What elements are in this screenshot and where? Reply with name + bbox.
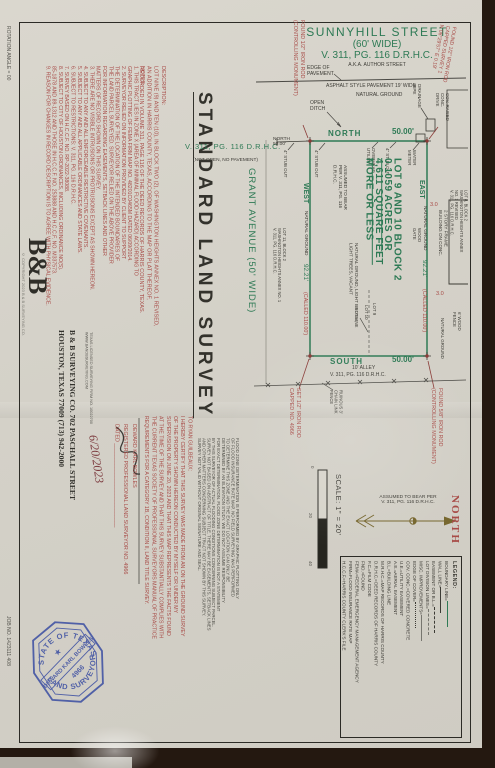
- legend-heading: LEGEND:: [451, 561, 457, 733]
- surveyor-block: DEWARD KARL BOWLES REGISTERED PROFESSION…: [112, 424, 138, 692]
- edge-of-pavement-label: EDGE OF PAVEMENT: [307, 66, 334, 77]
- scan-glare: [220, 330, 480, 550]
- west-line-ground: NATURAL GROUND: [303, 211, 308, 263]
- stub-out-1: 4" STUB OUT: [283, 150, 288, 184]
- legend-entry: EASEMENT OR B.L.=: [430, 561, 436, 733]
- wood-fence-label: 6' WOOD FENCE: [452, 312, 462, 344]
- grant-avenue-status: (NOT OPEN, NO PAVEMENT): [193, 158, 258, 163]
- water-meter-label: WATER METER: [407, 150, 417, 178]
- drainage-pipe-label: DRAINAGE PIPE: [412, 84, 422, 118]
- legend-entry-value: HARRIS COUNTY CLERK'S FILE: [342, 581, 347, 650]
- rotation-angle-note: ROTATION ANGLE = 00: [5, 26, 11, 146]
- legend-entry-label: COV. CONC.: [406, 561, 411, 588]
- legend-entry-label: MISC. IMPROVEMENTS: [418, 561, 423, 612]
- legend-entry: D.R.H.C.=DEED RECORDS OF HARRIS COUNTY: [372, 561, 378, 733]
- legend-entry-label: FND.: [361, 561, 366, 572]
- seal-star-icon: ★: [51, 646, 63, 658]
- firm-address-line2: HOUSTON, TEXAS 77009 (713) 942-2000: [56, 330, 67, 520]
- legend-entry: B.L.=BUILDING LINE: [385, 561, 391, 733]
- legend-entry-value: FOUND: [361, 574, 366, 590]
- sunnyhill-name: SUNNYHILL STREET: [297, 25, 457, 39]
- scan-glare-bottom: [70, 726, 160, 768]
- legend-entry-label: H.C.C.F.: [342, 561, 347, 578]
- legend-entry: WALL LINE=: [436, 561, 442, 733]
- legend-entry: A.E.=AERIAL EASEMENT: [391, 561, 397, 733]
- legend-entry: U.E.=UTILITY EASEMENT: [398, 561, 404, 733]
- north-line-dist: 50.00': [392, 127, 414, 136]
- legend-entry-label: BOUNDARY LINE: [444, 561, 449, 598]
- grant-frontage-dim: NORTH 50.00': [273, 137, 290, 147]
- grant-avenue-record: V. 311, PG. 116 D.R.H.C.: [185, 142, 281, 151]
- legend-entry-label: M.R.H.C.: [380, 561, 385, 580]
- legend-entry-value: BUILDING LINE: [386, 572, 391, 605]
- legend-entry: BOUNDARY LINE=: [443, 561, 449, 733]
- legend-entry: COV. CONC.=COVERED CONCRETE: [404, 561, 410, 733]
- legend-line-sample: [440, 587, 441, 613]
- east-line-ground: NATURAL GROUND: [422, 206, 427, 258]
- legend-entry-value: FILM CODE: [367, 572, 372, 597]
- open-ditch-label: OPEN DITCH: [310, 101, 325, 112]
- firm-address-line1: B & B SURVEYING CO. 702 PASCHALL STREET: [67, 330, 78, 520]
- monument-nw: FOUND 1/2" IRON ROD (CONTROLLING MONUMEN…: [291, 20, 305, 138]
- legend-entry: FEMA=FEDERAL EMERGENCY MANAGEMENT AGENCY: [353, 561, 359, 733]
- wood-gate-label: WOOD GATE: [412, 228, 422, 254]
- west-line-dist: 92.21': [302, 264, 309, 290]
- firm-license: TEXAS LICENSED SURVEYING FIRM NO. 100227…: [84, 332, 93, 462]
- legend-entry-value: AERIAL EASEMENT: [393, 572, 398, 615]
- legend-box: LEGEND: BOUNDARY LINE= WALL LINE= EASEME…: [340, 556, 462, 738]
- lot-area-line2: 0.1059 ACRES OR: [383, 158, 392, 322]
- offset-3-0-a: 3.0: [430, 202, 438, 208]
- building-label: 2 STORY FRAME BUILDING ON CONC.: [438, 210, 448, 290]
- assumed-bearing-west: ASSUMED TO BEAR PER V. 311, PG. 116 D.R.…: [332, 165, 348, 243]
- legend-entry: M.R.H.C.=MAP RECORDS OF HARRIS COUNTY: [379, 561, 385, 733]
- legend-entry: LOT DIVISION LINES=: [423, 561, 429, 733]
- legend-entry-label: A.E.: [393, 561, 398, 570]
- legend-entry-label: D.R.H.C.: [374, 561, 379, 579]
- legend-entry: MISC. IMPROVEMENTS=: [417, 561, 423, 733]
- firm-logo: B&B: [22, 238, 52, 300]
- legend-entry-label: B.L.: [386, 561, 391, 569]
- open-ditch-arrow: [327, 112, 341, 127]
- neighbor-lot11-label: LOT 11, BLOCK 2 WASHINGTON HEIGHTS ANNEX…: [272, 228, 286, 316]
- legend-entry: FND.=FOUND: [359, 561, 365, 733]
- legend-entry: H.C.C.F.=HARRIS COUNTY CLERK'S FILE: [340, 561, 346, 733]
- east-line-called: (CALLED 110.00'): [421, 289, 427, 351]
- natural-ground-top: NATURAL GROUND: [356, 92, 402, 98]
- stub-out-2: 4" STUB OUT: [314, 150, 319, 184]
- grant-avenue-name: GRANT AVENUE (50' WIDE): [246, 168, 257, 378]
- legend-entries: BOUNDARY LINE= WALL LINE= EASEMENT OR B.…: [340, 561, 449, 733]
- lot-area-line1: LOT 9 AND 10 BLOCK 2: [392, 158, 401, 322]
- east-line-dist: 92.21': [421, 260, 428, 286]
- legend-line-sample: [428, 609, 429, 635]
- certification-text: TO RYAN GUILBEAUX: I HEREBY CERTIFY THAT…: [142, 416, 192, 708]
- legend-entry: EDGE OF COVER=: [411, 561, 417, 733]
- lot9-label: LOT 9: [372, 303, 377, 327]
- legend-entry-label: FEMA: [354, 561, 359, 574]
- legend-entry-label: LOT DIVISION LINES: [425, 561, 430, 606]
- conc-drive-outline: [447, 90, 468, 148]
- legend-entry-value: FLOOD INSURANCE RATE MAP: [348, 575, 353, 644]
- scale-tick-40: 40: [308, 561, 313, 573]
- legend-entry-value: COVERED CONCRETE: [406, 591, 411, 641]
- lot-area-line4: MORE OR LESS: [364, 158, 373, 322]
- lot-area-line3: 4,611 SQUARE FEET: [373, 158, 382, 322]
- legend-entry-label: EDGE OF COVER: [412, 561, 417, 599]
- survey-notes: NOTES: 1. THIS TRACT LIES IN ZONE X (ARE…: [44, 66, 145, 322]
- legend-entry-label: U.E.: [399, 561, 404, 570]
- legend-entry-label: WALL LINE: [438, 561, 443, 585]
- legal-description: DESCRIPTION: LOT NINE (9) AND TEN (10), …: [137, 66, 166, 434]
- legend-entry-value: UTILITY EASEMENT: [399, 573, 404, 617]
- north-line-dir: NORTH: [328, 129, 361, 138]
- cov-drive-label: COV. RAISED CONC. DRIVE: [435, 93, 450, 143]
- legend-entry-label: FIRM: [348, 561, 353, 572]
- east-line-dir: EAST: [418, 180, 425, 204]
- legend-entry: FIRM=FLOOD INSURANCE RATE MAP: [347, 561, 353, 733]
- neighbor-lot8-label: LOT 8, BLOCK 2 WASHINGTON HEIGHTS ANNEX …: [449, 190, 467, 308]
- offset-3-0-b: 3.0: [436, 291, 444, 297]
- job-number: JOB NO. 1423111 408: [5, 616, 11, 736]
- legend-entry-value: FEDERAL EMERGENCY MANAGEMENT AGENCY: [354, 576, 359, 682]
- lot10-label: LOT 10: [364, 305, 369, 331]
- lot-area-label: LOT 9 AND 10 BLOCK 2 0.1059 ACRES OR 4,6…: [364, 158, 402, 322]
- firm-address: B & B SURVEYING CO. 702 PASCHALL STREET …: [56, 330, 78, 520]
- legend-entry-label: F.C.: [367, 561, 372, 569]
- legend-line-sample: [447, 601, 448, 627]
- legend-entry-value: MAP RECORDS OF HARRIS COUNTY: [380, 583, 385, 664]
- legend-line-sample: [415, 602, 416, 628]
- legend-line-sample: [434, 607, 435, 633]
- asphalt-label: ASPHALT STYLE PAVEMENT 19' WIDE: [326, 83, 416, 89]
- legend-entry-value: DEED RECORDS OF HARRIS COUNTY: [374, 582, 379, 666]
- legend-entry-label: EASEMENT OR B.L.: [431, 561, 436, 604]
- west-line-dir: WEST: [302, 183, 309, 209]
- scanned-survey-document: ROTATION ANGLE = 00 JOB NO. 1423111 408 …: [0, 0, 495, 768]
- legend-line-sample: [421, 615, 422, 641]
